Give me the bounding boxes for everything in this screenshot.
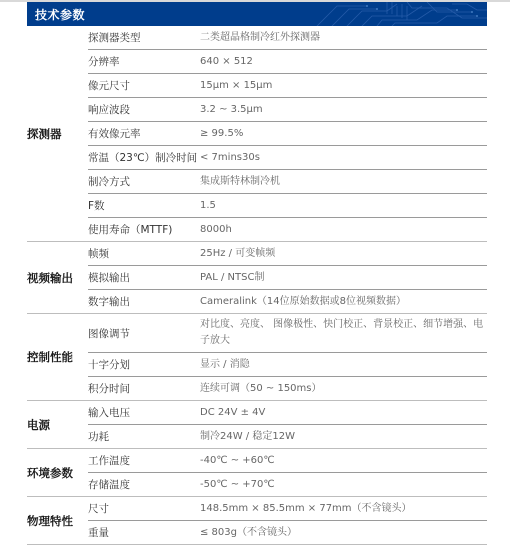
group-detector: 探测器 探测器类型二类超晶格制冷红外探测器 分辨率640 × 512 像元尺寸1…: [27, 26, 487, 242]
param-name: 制冷方式: [88, 174, 200, 189]
table-row: 存储温度-50℃ ~ +70℃: [88, 473, 487, 496]
table-row: 分辨率640 × 512: [88, 50, 487, 74]
table-row: 帧频25Hz / 可变帧频: [88, 242, 487, 266]
table-row: 图像调节对比度、亮度、 图像极性、快门校正、背景校正、细节增强、电子放大: [88, 314, 487, 353]
param-name: 数字输出: [88, 294, 200, 309]
table-row: 输入电压DC 24V ± 4V: [88, 401, 487, 425]
param-name: 帧频: [88, 246, 200, 261]
group-environment: 环境参数 工作温度-40℃ ~ +60℃ 存储温度-50℃ ~ +70℃: [27, 449, 487, 497]
param-value: -50℃ ~ +70℃: [200, 474, 487, 496]
param-value: Cameralink（14位原始数据或8位视频数据）: [200, 291, 487, 313]
section-header: 技术参数: [27, 2, 487, 26]
table-row: 十字分划显示 / 消隐: [88, 353, 487, 377]
group-label: 控制性能: [27, 314, 88, 400]
table-row: 重量≤ 803g（不含镜头）: [88, 521, 487, 544]
param-value: 制冷24W / 稳定12W: [200, 426, 487, 448]
group-control: 控制性能 图像调节对比度、亮度、 图像极性、快门校正、背景校正、细节增强、电子放…: [27, 314, 487, 401]
circuit-pattern-icon: [287, 2, 487, 26]
table-row: 模拟输出PAL / NTSC制: [88, 266, 487, 290]
group-physical: 物理特性 尺寸148.5mm × 85.5mm × 77mm（不含镜头） 重量≤…: [27, 497, 487, 545]
param-value: -40℃ ~ +60℃: [200, 450, 487, 472]
table-row: F数1.5: [88, 194, 487, 218]
group-label: 视频输出: [27, 242, 88, 313]
table-row: 数字输出Cameralink（14位原始数据或8位视频数据）: [88, 290, 487, 313]
param-value: 15μm × 15μm: [200, 75, 487, 97]
param-value: 对比度、亮度、 图像极性、快门校正、背景校正、细节增强、电子放大: [200, 314, 487, 352]
param-name: 重量: [88, 525, 200, 540]
param-name: 有效像元率: [88, 126, 200, 141]
param-name: F数: [88, 198, 200, 213]
param-name: 尺寸: [88, 501, 200, 516]
param-name: 积分时间: [88, 381, 200, 396]
param-value: < 7mins30s: [200, 147, 487, 169]
group-power: 电源 输入电压DC 24V ± 4V 功耗制冷24W / 稳定12W: [27, 401, 487, 449]
param-value: 集成斯特林制冷机: [200, 171, 487, 193]
table-row: 尺寸148.5mm × 85.5mm × 77mm（不含镜头）: [88, 497, 487, 521]
group-label: 环境参数: [27, 449, 88, 496]
param-name: 十字分划: [88, 357, 200, 372]
group-label: 电源: [27, 401, 88, 448]
param-value: 连续可调（50 ~ 150ms）: [200, 378, 487, 400]
param-value: ≤ 803g（不含镜头）: [200, 522, 487, 544]
param-value: DC 24V ± 4V: [200, 402, 487, 424]
param-value: 1.5: [200, 195, 487, 217]
param-name: 工作温度: [88, 453, 200, 468]
param-value: 显示 / 消隐: [200, 354, 487, 376]
param-name: 响应波段: [88, 102, 200, 117]
group-video-output: 视频输出 帧频25Hz / 可变帧频 模拟输出PAL / NTSC制 数字输出C…: [27, 242, 487, 314]
param-name: 模拟输出: [88, 270, 200, 285]
section-title: 技术参数: [35, 6, 85, 23]
param-name: 图像调节: [88, 326, 200, 341]
param-value: 二类超晶格制冷红外探测器: [200, 27, 487, 49]
param-value: 8000h: [200, 219, 487, 241]
table-row: 积分时间连续可调（50 ~ 150ms）: [88, 377, 487, 400]
table-row: 功耗制冷24W / 稳定12W: [88, 425, 487, 448]
group-label: 物理特性: [27, 497, 88, 544]
param-name: 像元尺寸: [88, 78, 200, 93]
table-row: 响应波段3.2 ~ 3.5μm: [88, 98, 487, 122]
table-row: 有效像元率≥ 99.5%: [88, 122, 487, 146]
param-name: 输入电压: [88, 405, 200, 420]
param-name: 使用寿命（MTTF): [88, 222, 200, 237]
param-value: ≥ 99.5%: [200, 123, 487, 145]
group-label: 探测器: [27, 26, 88, 241]
param-name: 探测器类型: [88, 30, 200, 45]
table-row: 探测器类型二类超晶格制冷红外探测器: [88, 26, 487, 50]
param-name: 存储温度: [88, 477, 200, 492]
spec-table: 探测器 探测器类型二类超晶格制冷红外探测器 分辨率640 × 512 像元尺寸1…: [27, 26, 487, 545]
param-value: 640 × 512: [200, 51, 487, 73]
table-row: 像元尺寸15μm × 15μm: [88, 74, 487, 98]
param-name: 分辨率: [88, 54, 200, 69]
param-value: 25Hz / 可变帧频: [200, 243, 487, 265]
param-value: 3.2 ~ 3.5μm: [200, 99, 487, 121]
table-row: 使用寿命（MTTF)8000h: [88, 218, 487, 241]
table-row: 常温（23℃）制冷时间< 7mins30s: [88, 146, 487, 170]
param-value: 148.5mm × 85.5mm × 77mm（不含镜头）: [200, 498, 487, 520]
table-row: 工作温度-40℃ ~ +60℃: [88, 449, 487, 473]
table-row: 制冷方式集成斯特林制冷机: [88, 170, 487, 194]
param-name: 功耗: [88, 429, 200, 444]
param-name: 常温（23℃）制冷时间: [88, 150, 200, 165]
param-value: PAL / NTSC制: [200, 267, 487, 289]
